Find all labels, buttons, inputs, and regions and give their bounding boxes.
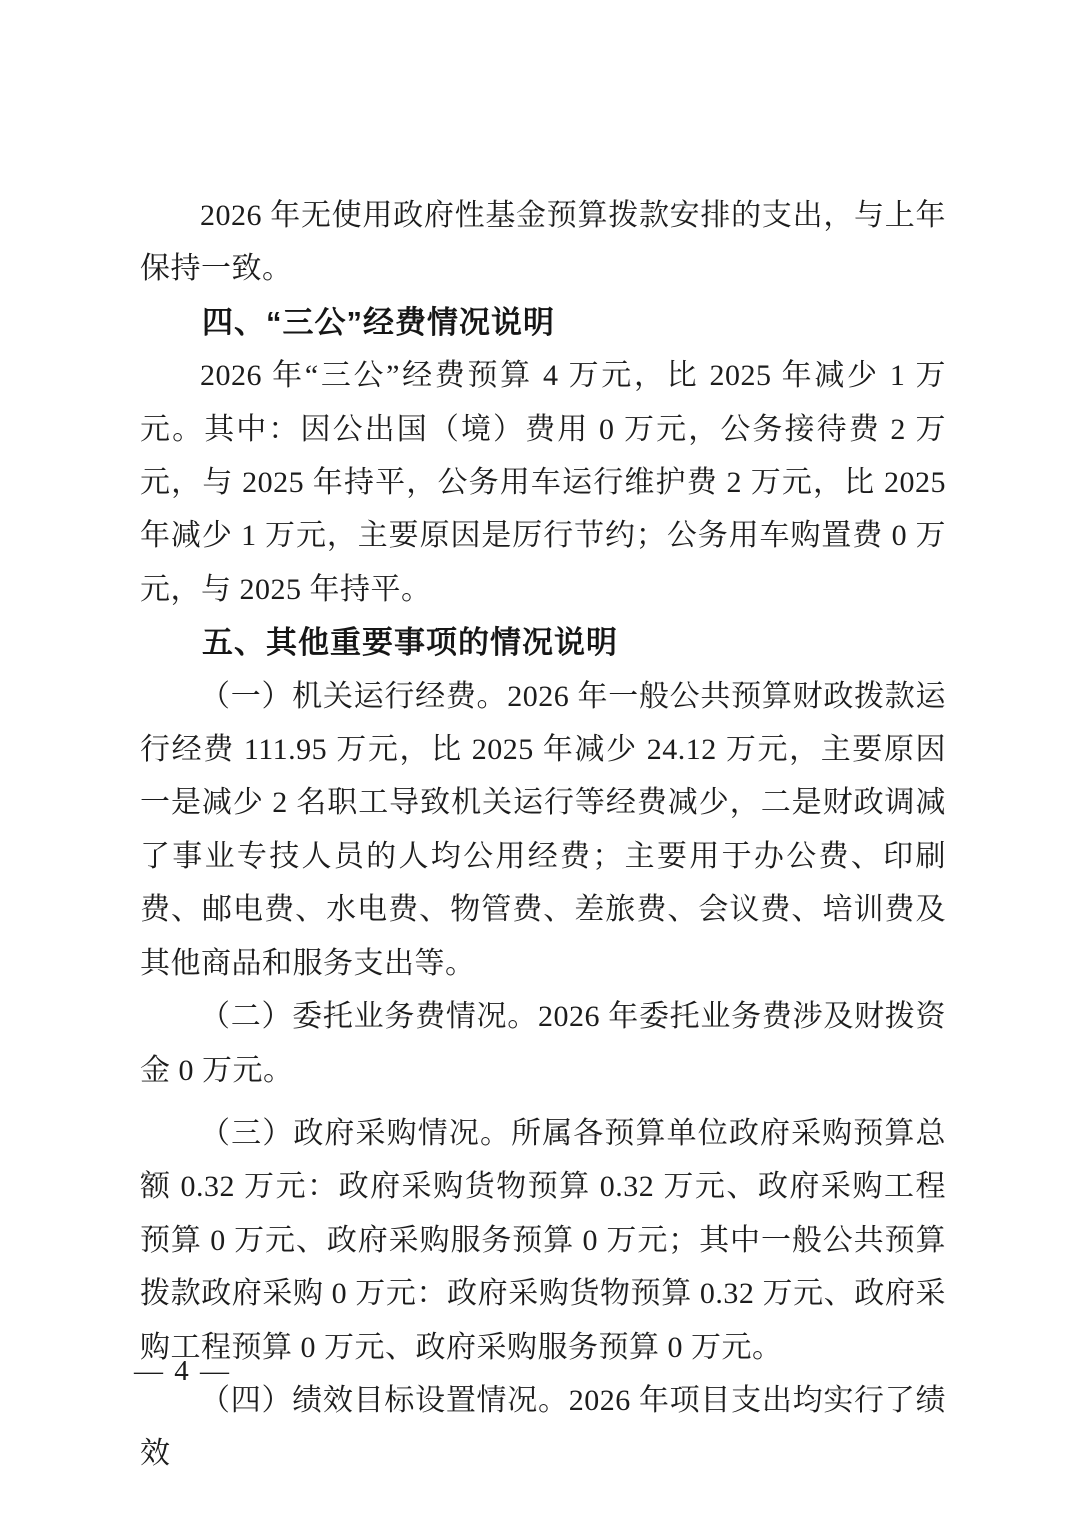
page-number: — 4 — xyxy=(134,1351,231,1391)
heading-section-five-other-matters: 五、其他重要事项的情况说明 xyxy=(140,616,946,669)
paragraph-entrusted-business-fees: （二）委托业务费情况。2026 年委托业务费涉及财拨资金 0 万元。 xyxy=(140,990,946,1097)
paragraph-three-public-funds-detail: 2026 年“三公”经费预算 4 万元，比 2025 年减少 1 万元。其中：因… xyxy=(140,349,946,616)
paragraph-agency-operating-expenses: （一）机关运行经费。2026 年一般公共预算财政拨款运行经费 111.95 万元… xyxy=(140,670,946,990)
document-page: 2026 年无使用政府性基金预算拨款安排的支出，与上年保持一致。 四、“三公”经… xyxy=(0,0,1074,1520)
paragraph-performance-targets: （四）绩效目标设置情况。2026 年项目支出均实行了绩效 xyxy=(140,1374,946,1481)
paragraph-government-procurement: （三）政府采购情况。所属各预算单位政府采购预算总额 0.32 万元：政府采购货物… xyxy=(140,1107,946,1374)
paragraph-gov-fund-expenditure: 2026 年无使用政府性基金预算拨款安排的支出，与上年保持一致。 xyxy=(140,189,946,296)
heading-section-four-three-public-funds: 四、“三公”经费情况说明 xyxy=(140,296,946,349)
document-body: 2026 年无使用政府性基金预算拨款安排的支出，与上年保持一致。 四、“三公”经… xyxy=(140,189,946,1481)
